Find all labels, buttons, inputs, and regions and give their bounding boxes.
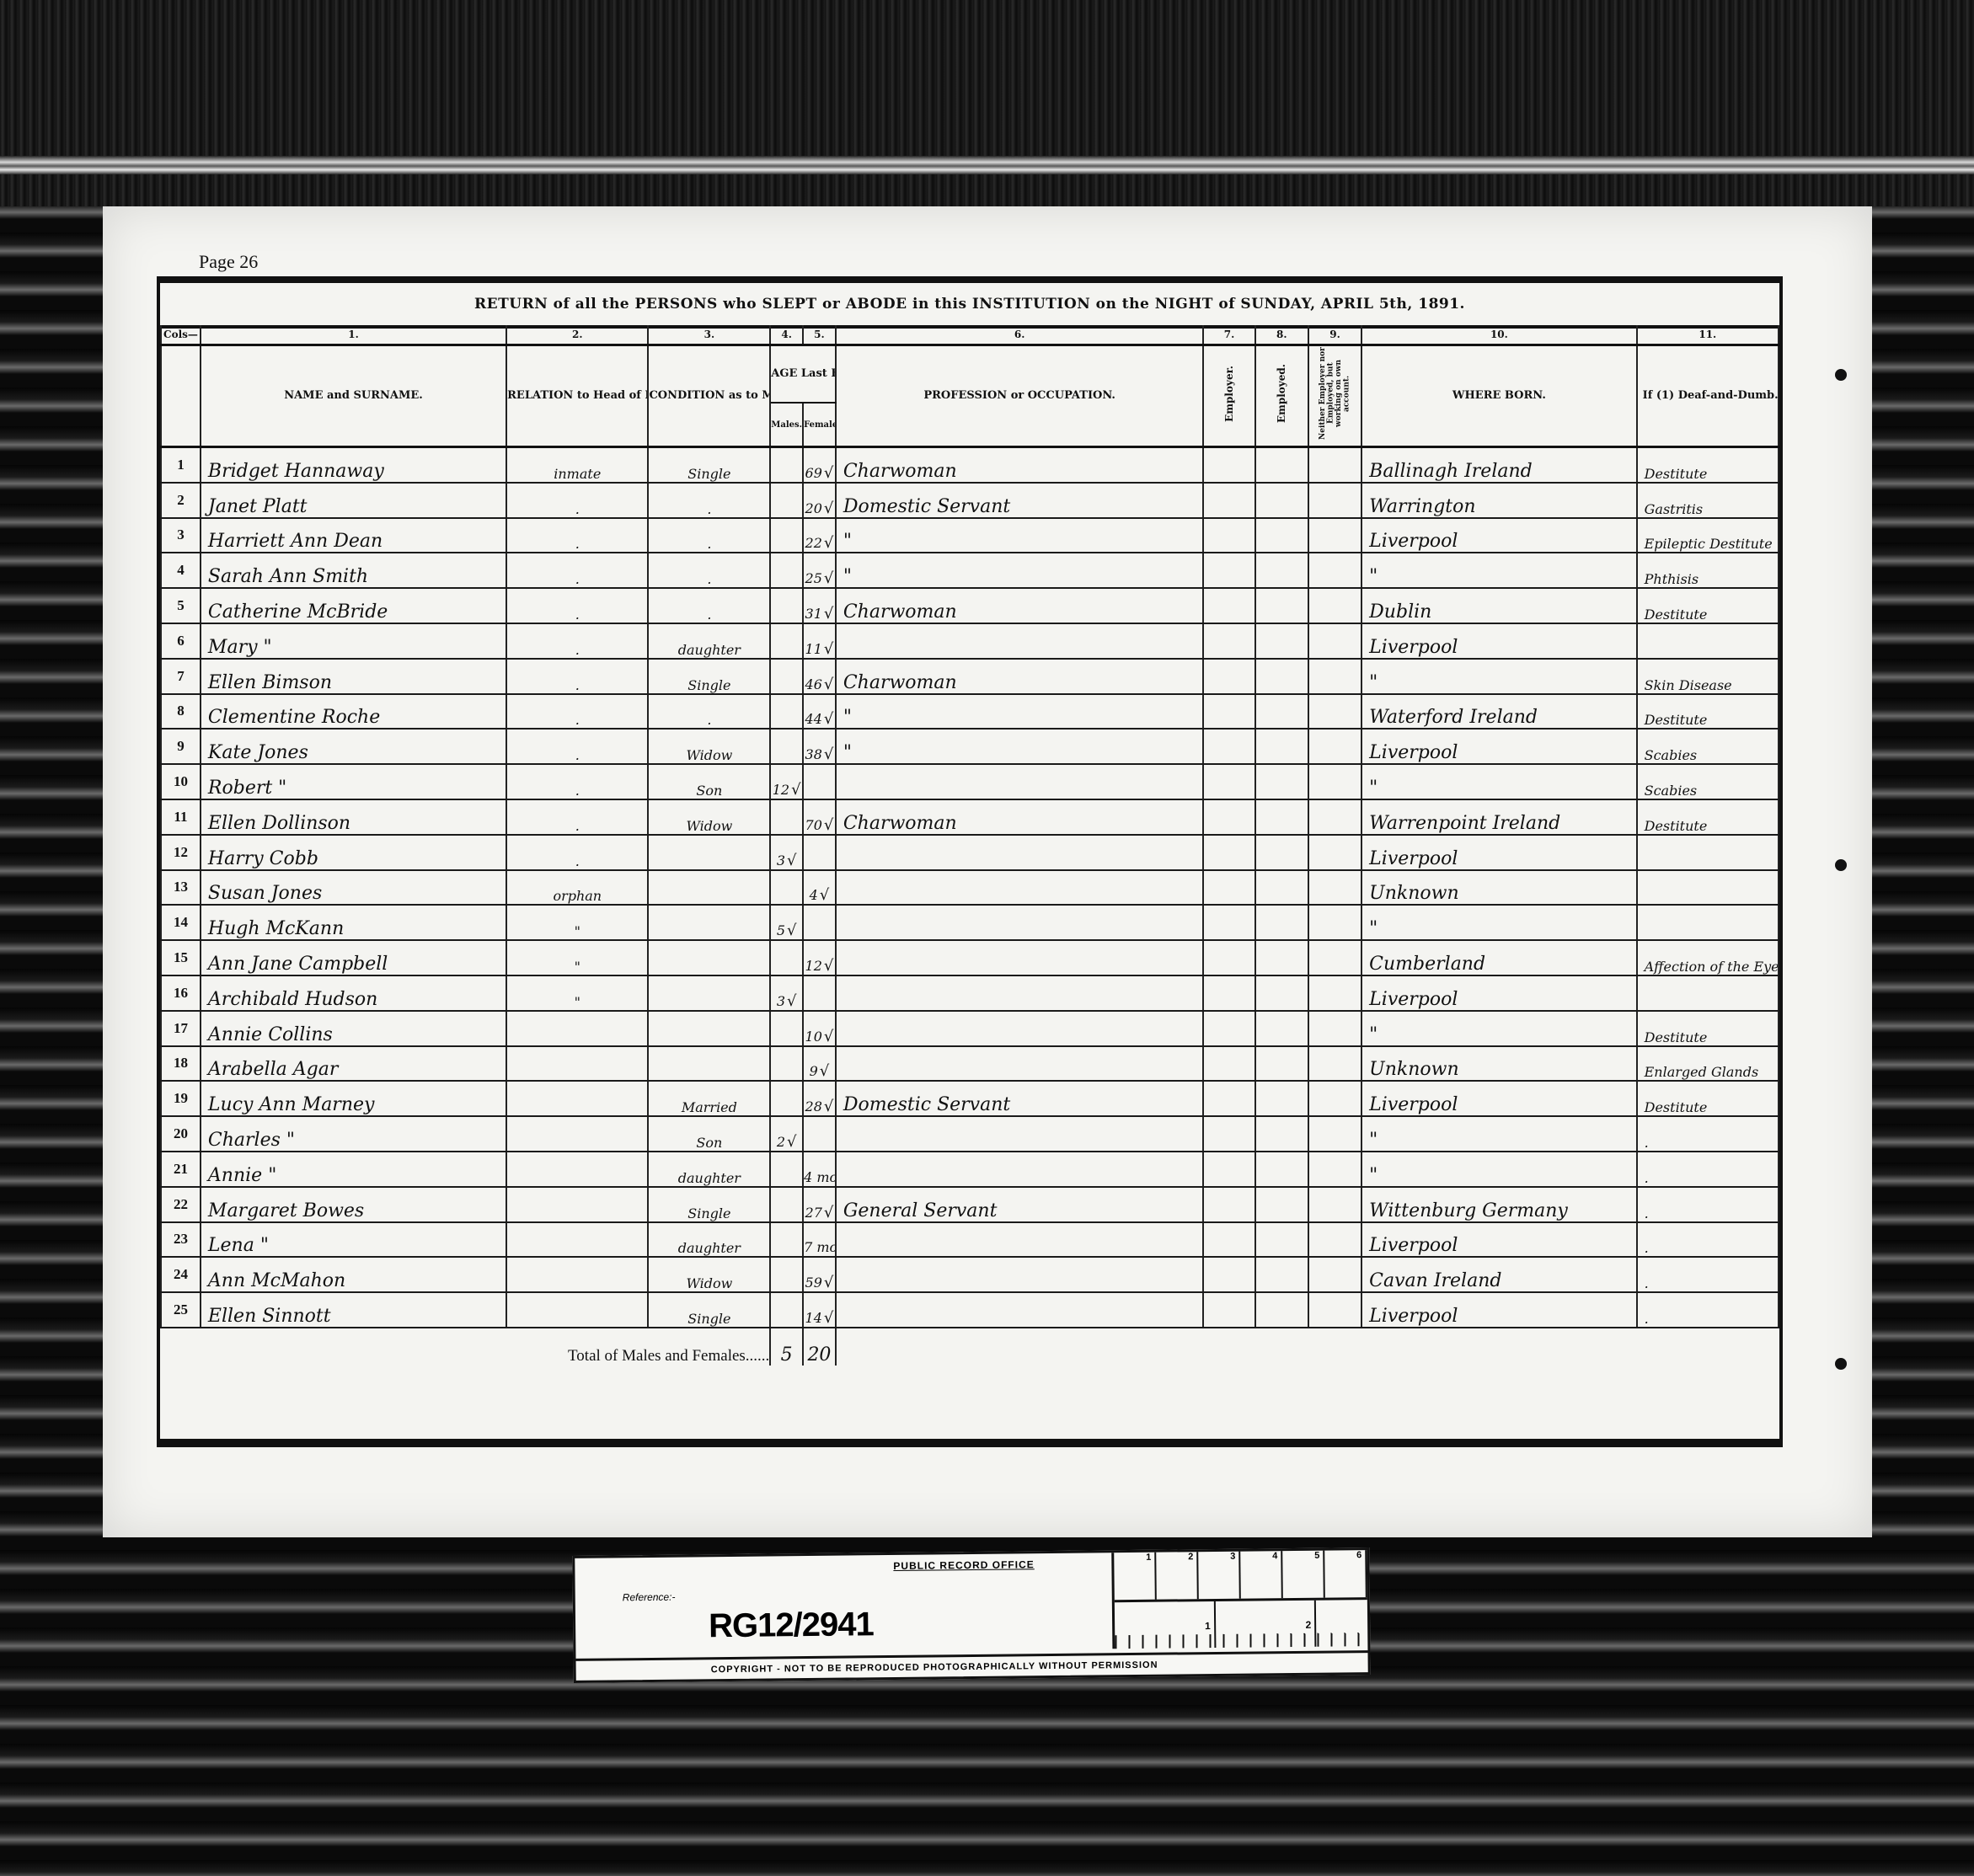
neither-cell <box>1308 764 1361 799</box>
person-name: Susan Jones <box>201 870 506 906</box>
census-row: 17Annie Collins10√"Destitute <box>161 1011 1779 1046</box>
header-condition: CONDITION as to Marriage. <box>648 345 770 447</box>
age-male <box>770 694 803 730</box>
employed-cell <box>1255 1222 1308 1258</box>
relation-cell: . <box>506 518 648 553</box>
where-born-cell: " <box>1361 1152 1636 1187</box>
condition-cell: Widow <box>648 729 770 764</box>
age-male <box>770 483 803 518</box>
age-male <box>770 1292 803 1328</box>
census-row: 23Lena "daughter7 months√Liverpool. <box>161 1222 1779 1258</box>
age-female <box>803 905 836 940</box>
age-female <box>803 764 836 799</box>
census-row: 25Ellen SinnottSingle14√Liverpool. <box>161 1292 1779 1328</box>
person-name: Charles " <box>201 1116 506 1152</box>
employed-cell <box>1255 694 1308 730</box>
infirmity-cell <box>1637 975 1779 1011</box>
employer-cell <box>1203 1257 1254 1292</box>
occupation-cell: Charwoman <box>836 659 1204 694</box>
condition-cell: daughter <box>648 623 770 659</box>
occupation-cell <box>836 764 1204 799</box>
infirmity-cell: . <box>1637 1187 1779 1222</box>
employer-cell <box>1203 729 1254 764</box>
employed-cell <box>1255 1257 1308 1292</box>
relation-cell: " <box>506 940 648 975</box>
col-number: 5. <box>803 325 836 345</box>
where-born-cell: " <box>1361 764 1636 799</box>
condition-cell: Son <box>648 1116 770 1152</box>
person-name: Mary " <box>201 623 506 659</box>
where-born-cell: Cavan Ireland <box>1361 1257 1636 1292</box>
where-born-cell: " <box>1361 1116 1636 1152</box>
tick-mark-icon: √ <box>824 710 833 728</box>
occupation-cell <box>836 975 1204 1011</box>
age-male <box>770 729 803 764</box>
row-number: 12 <box>161 835 201 870</box>
age-female: 4 mo√ <box>803 1152 836 1187</box>
tick-mark-icon: √ <box>791 781 800 799</box>
person-name: Ann McMahon <box>201 1257 506 1292</box>
census-row: 6Mary ".daughter11√Liverpool <box>161 623 1779 659</box>
row-number: 1 <box>161 447 201 483</box>
occupation-cell <box>836 835 1204 870</box>
age-female: 44√ <box>803 694 836 730</box>
tick-mark-icon: √ <box>820 1062 829 1080</box>
condition-cell: Widow <box>648 799 770 835</box>
age-female <box>803 835 836 870</box>
employed-cell <box>1255 483 1308 518</box>
relation-cell: . <box>506 764 648 799</box>
occupation-cell: " <box>836 729 1204 764</box>
column-header-row: NAME and SURNAME. RELATION to Head of Fa… <box>161 345 1779 404</box>
where-born-cell: Waterford Ireland <box>1361 694 1636 730</box>
age-female: 46√ <box>803 659 836 694</box>
relation-cell <box>506 1292 648 1328</box>
age-male <box>770 799 803 835</box>
condition-cell: Married <box>648 1081 770 1116</box>
row-number: 7 <box>161 659 201 694</box>
person-name: Annie Collins <box>201 1011 506 1046</box>
header-neither: Neither Employer nor Employed, but worki… <box>1308 345 1361 447</box>
relation-cell <box>506 1152 648 1187</box>
age-male <box>770 447 803 483</box>
age-male <box>770 518 803 553</box>
employer-cell <box>1203 905 1254 940</box>
occupation-cell: Domestic Servant <box>836 483 1204 518</box>
age-female: 28√ <box>803 1081 836 1116</box>
employed-cell <box>1255 1292 1308 1328</box>
person-name: Margaret Bowes <box>201 1187 506 1222</box>
tick-mark-icon: √ <box>787 852 796 869</box>
census-row: 12Harry Cobb.3√Liverpool <box>161 835 1779 870</box>
census-row: 16Archibald Hudson"3√Liverpool <box>161 975 1779 1011</box>
condition-cell <box>648 905 770 940</box>
age-female: 14√ <box>803 1292 836 1328</box>
neither-cell <box>1308 1257 1361 1292</box>
employer-cell <box>1203 447 1254 483</box>
person-name: Archibald Hudson <box>201 975 506 1011</box>
person-name: Annie " <box>201 1152 506 1187</box>
employed-cell <box>1255 1081 1308 1116</box>
header-employed: Employed. <box>1255 345 1308 447</box>
header-relation: RELATION to Head of Family, or Position … <box>506 345 648 447</box>
header-infirmity: If (1) Deaf-and-Dumb. (2) Blind. (3) Lun… <box>1637 345 1779 447</box>
neither-cell <box>1308 1187 1361 1222</box>
where-born-cell: Ballinagh Ireland <box>1361 447 1636 483</box>
relation-cell <box>506 1011 648 1046</box>
employed-cell <box>1255 518 1308 553</box>
ruler-mark: 1 <box>1114 1553 1157 1601</box>
relation-cell: inmate <box>506 447 648 483</box>
infirmity-cell: . <box>1637 1222 1779 1258</box>
employed-cell <box>1255 729 1308 764</box>
employer-cell <box>1203 1081 1254 1116</box>
employed-cell <box>1255 588 1308 623</box>
row-number-header <box>161 345 201 447</box>
employer-cell <box>1203 799 1254 835</box>
row-number: 6 <box>161 623 201 659</box>
infirmity-cell: Scabies <box>1637 764 1779 799</box>
age-male <box>770 1222 803 1258</box>
tick-mark-icon: √ <box>824 957 833 975</box>
neither-cell <box>1308 553 1361 588</box>
census-row: 7Ellen Bimson.Single46√Charwoman"Skin Di… <box>161 659 1779 694</box>
tick-mark-icon: √ <box>824 640 833 658</box>
occupation-cell <box>836 1116 1204 1152</box>
col-number: 10. <box>1361 325 1636 345</box>
relation-cell <box>506 1222 648 1258</box>
neither-cell <box>1308 729 1361 764</box>
neither-cell <box>1308 518 1361 553</box>
employed-cell <box>1255 1011 1308 1046</box>
employed-cell <box>1255 940 1308 975</box>
row-number: 15 <box>161 940 201 975</box>
infirmity-cell: Gastritis <box>1637 483 1779 518</box>
where-born-cell: Liverpool <box>1361 518 1636 553</box>
header-employer: Employer. <box>1203 345 1254 447</box>
age-male: 3√ <box>770 975 803 1011</box>
age-female: 31√ <box>803 588 836 623</box>
age-female <box>803 1116 836 1152</box>
neither-cell <box>1308 1292 1361 1328</box>
condition-cell: . <box>648 518 770 553</box>
relation-cell <box>506 1081 648 1116</box>
tick-mark-icon: √ <box>824 1098 833 1115</box>
neither-cell <box>1308 588 1361 623</box>
person-name: Lena " <box>201 1222 506 1258</box>
totals-spacer <box>836 1328 1779 1366</box>
relation-cell: " <box>506 975 648 1011</box>
neither-cell <box>1308 870 1361 906</box>
where-born-cell: Liverpool <box>1361 1222 1636 1258</box>
condition-cell: . <box>648 588 770 623</box>
occupation-cell: Charwoman <box>836 447 1204 483</box>
age-female: 70√ <box>803 799 836 835</box>
where-born-cell: " <box>1361 553 1636 588</box>
person-name: Arabella Agar <box>201 1046 506 1082</box>
census-row: 13Susan Jonesorphan4√Unknown <box>161 870 1779 906</box>
tick-mark-icon: √ <box>824 534 833 552</box>
age-male <box>770 1011 803 1046</box>
row-number: 4 <box>161 553 201 588</box>
employed-cell <box>1255 447 1308 483</box>
person-name: Hugh McKann <box>201 905 506 940</box>
person-name: Ellen Bimson <box>201 659 506 694</box>
census-row: 14Hugh McKann"5√" <box>161 905 1779 940</box>
ruler-mark: 3 <box>1198 1552 1241 1600</box>
neither-cell <box>1308 1116 1361 1152</box>
scanner-light-band <box>0 156 1974 174</box>
col-number: 11. <box>1637 325 1779 345</box>
census-row: 18Arabella Agar9√UnknownEnlarged Glands <box>161 1046 1779 1082</box>
neither-cell <box>1308 623 1361 659</box>
employed-cell <box>1255 1116 1308 1152</box>
census-form: RETURN of all the PERSONS who SLEPT or A… <box>157 276 1783 1447</box>
census-row: 22Margaret BowesSingle27√General Servant… <box>161 1187 1779 1222</box>
where-born-cell: Liverpool <box>1361 1081 1636 1116</box>
age-male: 5√ <box>770 905 803 940</box>
neither-cell <box>1308 447 1361 483</box>
occupation-cell <box>836 940 1204 975</box>
age-female: 22√ <box>803 518 836 553</box>
occupation-cell <box>836 1011 1204 1046</box>
condition-cell: Single <box>648 1187 770 1222</box>
age-male <box>770 623 803 659</box>
age-male: 2√ <box>770 1116 803 1152</box>
scale-ruler: 1 2 3 4 5 6 1 2 <box>1111 1550 1367 1649</box>
col-number: 1. <box>201 325 506 345</box>
page-number: Page 26 <box>199 251 258 273</box>
relation-cell: . <box>506 659 648 694</box>
relation-cell: . <box>506 588 648 623</box>
census-row: 21Annie "daughter4 mo√". <box>161 1152 1779 1187</box>
header-age: AGE Last Birthday. <box>770 345 836 404</box>
census-row: 20Charles "Son2√". <box>161 1116 1779 1152</box>
relation-cell: . <box>506 729 648 764</box>
employed-cell <box>1255 799 1308 835</box>
relation-cell: . <box>506 483 648 518</box>
relation-cell: . <box>506 694 648 730</box>
infirmity-cell: Destitute <box>1637 694 1779 730</box>
neither-cell <box>1308 694 1361 730</box>
infirmity-cell: Destitute <box>1637 588 1779 623</box>
neither-cell <box>1308 659 1361 694</box>
punch-hole <box>1835 369 1847 381</box>
census-row: 2Janet Platt..20√Domestic ServantWarring… <box>161 483 1779 518</box>
occupation-cell <box>836 1222 1204 1258</box>
neither-cell <box>1308 835 1361 870</box>
employer-cell <box>1203 1152 1254 1187</box>
person-name: Ellen Dollinson <box>201 799 506 835</box>
census-row: 8Clementine Roche..44√"Waterford Ireland… <box>161 694 1779 730</box>
neither-cell <box>1308 975 1361 1011</box>
infirmity-cell: . <box>1637 1292 1779 1328</box>
row-number: 11 <box>161 799 201 835</box>
census-row: 1Bridget HannawayinmateSingle69√Charwoma… <box>161 447 1779 483</box>
punch-hole <box>1835 859 1847 871</box>
reference-caption: Reference:- <box>623 1591 676 1604</box>
occupation-cell: " <box>836 518 1204 553</box>
relation-cell <box>506 1257 648 1292</box>
age-male: 3√ <box>770 835 803 870</box>
tick-mark-icon: √ <box>824 746 833 763</box>
ruler-mark: 6 <box>1324 1550 1367 1598</box>
infirmity-cell: . <box>1637 1257 1779 1292</box>
ruler-mark: 4 <box>1240 1551 1283 1599</box>
tick-mark-icon: √ <box>787 992 796 1010</box>
condition-cell <box>648 975 770 1011</box>
column-number-row: Cols— 1. 2. 3. 4. 5. 6. 7. 8. 9. 10. 11. <box>161 325 1779 345</box>
employer-cell <box>1203 518 1254 553</box>
punch-hole <box>1835 1358 1847 1370</box>
relation-cell: orphan <box>506 870 648 906</box>
neither-cell <box>1308 483 1361 518</box>
infirmity-cell: . <box>1637 1152 1779 1187</box>
relation-cell: . <box>506 835 648 870</box>
neither-cell <box>1308 940 1361 975</box>
condition-cell: . <box>648 694 770 730</box>
employed-cell <box>1255 553 1308 588</box>
office-name: PUBLIC RECORD OFFICE <box>893 1558 1034 1572</box>
tick-mark-icon: √ <box>824 500 833 517</box>
occupation-cell <box>836 623 1204 659</box>
employed-cell <box>1255 835 1308 870</box>
neither-cell <box>1308 1222 1361 1258</box>
census-row: 5Catherine McBride..31√CharwomanDublinDe… <box>161 588 1779 623</box>
age-female: 38√ <box>803 729 836 764</box>
person-name: Lucy Ann Marney <box>201 1081 506 1116</box>
age-female: 12√ <box>803 940 836 975</box>
age-female: 69√ <box>803 447 836 483</box>
occupation-cell: Charwoman <box>836 588 1204 623</box>
col-number: 7. <box>1203 325 1254 345</box>
employed-cell <box>1255 1152 1308 1187</box>
reference-label: PUBLIC RECORD OFFICE Reference:- RG12/29… <box>572 1547 1371 1683</box>
condition-cell <box>648 940 770 975</box>
infirmity-cell <box>1637 835 1779 870</box>
employer-cell <box>1203 483 1254 518</box>
row-number: 5 <box>161 588 201 623</box>
occupation-cell <box>836 1046 1204 1082</box>
occupation-cell <box>836 1152 1204 1187</box>
infirmity-cell: Affection of the Eyes <box>1637 940 1779 975</box>
census-row: 10Robert ".Son12√"Scabies <box>161 764 1779 799</box>
employer-cell <box>1203 940 1254 975</box>
age-male: 12√ <box>770 764 803 799</box>
tick-mark-icon: √ <box>824 464 833 482</box>
copyright-notice: COPYRIGHT - NOT TO BE REPRODUCED PHOTOGR… <box>576 1650 1368 1681</box>
person-name: Harry Cobb <box>201 835 506 870</box>
row-number: 23 <box>161 1222 201 1258</box>
row-number: 19 <box>161 1081 201 1116</box>
neither-cell <box>1308 1152 1361 1187</box>
row-number: 8 <box>161 694 201 730</box>
employer-cell <box>1203 870 1254 906</box>
row-number: 21 <box>161 1152 201 1187</box>
condition-cell <box>648 870 770 906</box>
person-name: Harriett Ann Dean <box>201 518 506 553</box>
census-row: 3Harriett Ann Dean..22√"LiverpoolEpilept… <box>161 518 1779 553</box>
occupation-cell <box>836 870 1204 906</box>
row-number: 16 <box>161 975 201 1011</box>
where-born-cell: Liverpool <box>1361 623 1636 659</box>
where-born-cell: Warrington <box>1361 483 1636 518</box>
age-female: 7 months√ <box>803 1222 836 1258</box>
infirmity-cell: Epileptic Destitute <box>1637 518 1779 553</box>
census-row: 11Ellen Dollinson.Widow70√CharwomanWarre… <box>161 799 1779 835</box>
neither-cell <box>1308 905 1361 940</box>
infirmity-cell: Enlarged Glands <box>1637 1046 1779 1082</box>
census-row: 4Sarah Ann Smith..25√""Phthisis <box>161 553 1779 588</box>
neither-cell <box>1308 799 1361 835</box>
condition-cell: . <box>648 553 770 588</box>
tick-mark-icon: √ <box>824 1028 833 1045</box>
employed-cell <box>1255 870 1308 906</box>
person-name: Janet Platt <box>201 483 506 518</box>
row-number: 18 <box>161 1046 201 1082</box>
employer-cell <box>1203 835 1254 870</box>
person-name: Ellen Sinnott <box>201 1292 506 1328</box>
employed-cell <box>1255 623 1308 659</box>
row-number: 2 <box>161 483 201 518</box>
employed-cell <box>1255 764 1308 799</box>
infirmity-cell <box>1637 623 1779 659</box>
occupation-cell <box>836 1292 1204 1328</box>
age-male <box>770 1152 803 1187</box>
relation-cell: . <box>506 799 648 835</box>
infirmity-cell: Destitute <box>1637 799 1779 835</box>
employed-cell <box>1255 1046 1308 1082</box>
occupation-cell <box>836 905 1204 940</box>
tick-mark-icon: √ <box>824 816 833 834</box>
infirmity-cell: Destitute <box>1637 1011 1779 1046</box>
row-number: 9 <box>161 729 201 764</box>
row-number: 20 <box>161 1116 201 1152</box>
condition-cell <box>648 1011 770 1046</box>
col-number: 2. <box>506 325 648 345</box>
header-name: NAME and SURNAME. <box>201 345 506 447</box>
employed-cell <box>1255 905 1308 940</box>
where-born-cell: " <box>1361 905 1636 940</box>
infirmity-cell: Destitute <box>1637 447 1779 483</box>
row-number: 13 <box>161 870 201 906</box>
age-male <box>770 1081 803 1116</box>
condition-cell: Single <box>648 1292 770 1328</box>
relation-cell: . <box>506 553 648 588</box>
col-number: 9. <box>1308 325 1361 345</box>
header-occupation: PROFESSION or OCCUPATION. <box>836 345 1204 447</box>
condition-cell: daughter <box>648 1222 770 1258</box>
infirmity-cell: Destitute <box>1637 1081 1779 1116</box>
person-name: Kate Jones <box>201 729 506 764</box>
col-number: 6. <box>836 325 1204 345</box>
census-table: Cols— 1. 2. 3. 4. 5. 6. 7. 8. 9. 10. 11.… <box>160 325 1779 1366</box>
person-name: Catherine McBride <box>201 588 506 623</box>
condition-cell: Single <box>648 447 770 483</box>
infirmity-cell: Skin Disease <box>1637 659 1779 694</box>
occupation-cell <box>836 1257 1204 1292</box>
employer-cell <box>1203 1222 1254 1258</box>
totals-label: Total of Males and Females...... <box>161 1328 770 1366</box>
employer-cell <box>1203 588 1254 623</box>
row-number: 24 <box>161 1257 201 1292</box>
total-females: 20 <box>803 1328 836 1366</box>
age-male <box>770 1187 803 1222</box>
row-number: 10 <box>161 764 201 799</box>
tick-mark-icon: √ <box>824 676 833 693</box>
age-male <box>770 870 803 906</box>
where-born-cell: Wittenburg Germany <box>1361 1187 1636 1222</box>
